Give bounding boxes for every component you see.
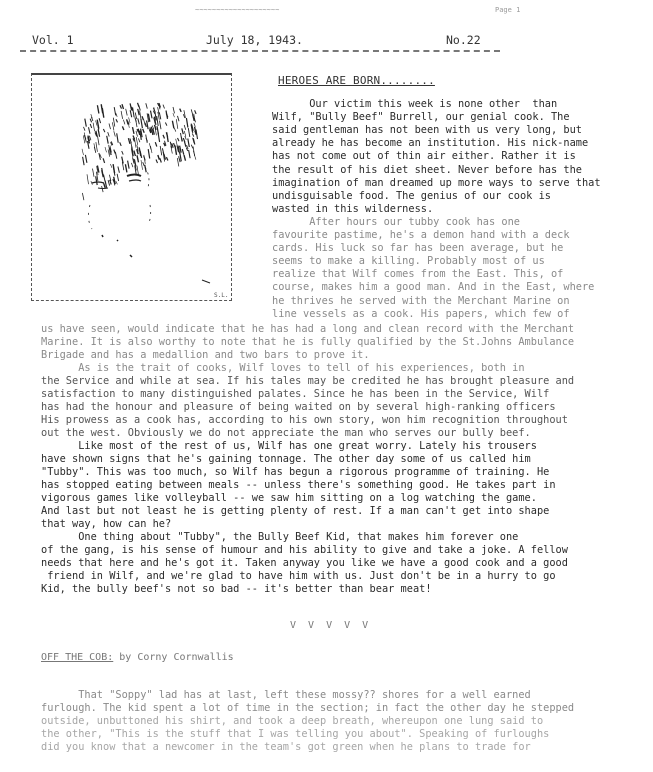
text-line: Wilf, "Bully Beef" Burrell, our genial c… (272, 111, 570, 124)
portrait-illustration-icon: S.L. (32, 75, 231, 301)
text-line: realize that Wilf comes from the East. T… (272, 268, 563, 281)
text-line: line vessels as a cook. His papers, whic… (272, 308, 570, 321)
text-line: friend in Wilf, and we're glad to have h… (41, 570, 556, 583)
text-line: seems to make a killing. Probably most o… (272, 255, 545, 268)
text-line: favourite pastime, he's a demon hand wit… (272, 229, 570, 242)
text-line: us have seen, would indicate that he has… (41, 323, 574, 336)
text-line: Brigade and has a medallion and two bars… (41, 349, 370, 362)
masthead-title: ~~~~~~~~~~~~~~~~~~~~ (195, 6, 279, 14)
text-line: Our victim this week is none other than (272, 98, 557, 111)
section-separator: V V V V V (290, 620, 371, 631)
text-line: out the west. Obviously we do not apprec… (41, 427, 531, 440)
portrait-sketch: S.L. (31, 73, 232, 301)
text-line: needs that here and he's got it. Taken a… (41, 557, 568, 570)
text-line: that way, how can he? (41, 518, 171, 531)
svg-text:S.L.: S.L. (214, 292, 228, 299)
text-line: has stopped eating between meals -- unle… (41, 479, 556, 492)
article-byline: by Corny Cornwallis (119, 652, 233, 663)
text-line: cards. His luck so far has been average,… (272, 242, 563, 255)
text-line: furlough. The kid spent a lot of time in… (41, 702, 574, 715)
issue-date: July 18, 1943. (206, 33, 303, 47)
text-line: That "Soppy" lad has at last, left these… (41, 689, 531, 702)
text-line: Marine. It is also worthy to note that h… (41, 336, 574, 349)
text-line: outside, unbuttoned his shirt, and took … (41, 715, 543, 728)
text-line: Like most of the rest of us, Wilf has on… (41, 440, 537, 453)
text-line: the result of his diet sheet. Never befo… (272, 164, 582, 177)
newsletter-page: ~~~~~~~~~~~~~~~~~~~~ Page 1 Vol. 1 July … (0, 0, 653, 772)
issue-number: No.22 (446, 33, 481, 47)
text-line: the Service and while at sea. If his tal… (41, 375, 574, 388)
text-line: imagination of man dreamed up more ways … (272, 177, 601, 190)
text-line: has not come out of thin air either. Rat… (272, 150, 576, 163)
text-line: After hours our tubby cook has one (272, 216, 520, 229)
text-line: And last but not least he is getting ple… (41, 505, 549, 518)
text-line: vigorous games like volleyball -- we saw… (41, 492, 537, 505)
article-title-heroes: HEROES ARE BORN........ (278, 74, 435, 87)
header-divider (20, 50, 500, 52)
text-line: wasted in this wilderness. (272, 203, 433, 216)
text-line: "Tubby". This was too much, so Wilf has … (41, 466, 549, 479)
text-line: has had the honour and pleasure of being… (41, 401, 556, 414)
text-line: Kid, the bully beef's not so bad -- it's… (41, 583, 432, 596)
text-line: did you know that a newcomer in the team… (41, 741, 531, 754)
text-line: of the gang, is his sense of humour and … (41, 544, 568, 557)
article-title-off-the-cob: OFF THE COB: (41, 652, 113, 663)
text-line: undisguisable food. The genius of our co… (272, 190, 551, 203)
masthead-page: Page 1 (495, 6, 520, 14)
text-line: he thrives he served with the Merchant M… (272, 295, 570, 308)
article-heading-off-the-cob: OFF THE COB: by Corny Cornwallis (41, 652, 234, 663)
text-line: already he has become an institution. Hi… (272, 137, 588, 150)
text-line: course, makes him a good man. And in the… (272, 281, 594, 294)
text-line: the other, "This is the stuff that I was… (41, 728, 549, 741)
text-line: His prowess as a cook has, according to … (41, 414, 568, 427)
text-line: As is the trait of cooks, Wilf loves to … (41, 362, 525, 375)
text-line: have shown signs that he's gaining tonna… (41, 453, 531, 466)
text-line: One thing about "Tubby", the Bully Beef … (41, 531, 518, 544)
text-line: said gentleman has not been with us very… (272, 124, 582, 137)
text-line: satisfaction to many distinguished palat… (41, 388, 549, 401)
volume-label: Vol. 1 (32, 33, 74, 47)
